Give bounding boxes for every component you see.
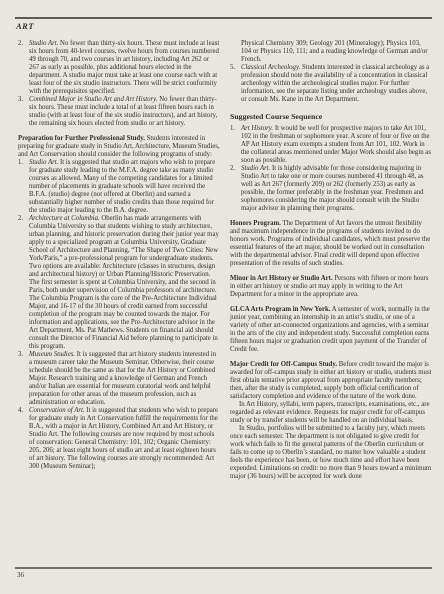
list-item-sequence-art-history: 1. Art History. It would be well for pro… [230, 125, 432, 165]
paragraph-honors-program: Honors Program. The Department of Art fa… [230, 220, 432, 268]
paragraph-continuation-chemistry: Physical Chemistry 309; Geology 201 (Min… [241, 40, 432, 64]
paragraph-glca: GLCA Arts Program in New York. A semeste… [230, 306, 432, 354]
list-item-number: 4. [18, 407, 29, 471]
paragraph-lead: Honors Program. [230, 220, 281, 227]
list-item-lead: Classical Archeology. [241, 64, 300, 71]
list-item-body: Conservation of Art. It is suggested tha… [29, 407, 220, 471]
list-item-body: Architecture at Columbia. Oberlin has ma… [29, 215, 220, 351]
list-item-body: Studio Art. No fewer than thirty-six hou… [29, 40, 220, 96]
list-item-number: 1. [230, 125, 241, 165]
list-item-program-museum-studies: 3. Museum Studies. It is suggested that … [18, 351, 220, 407]
list-item-number: 2. [18, 40, 29, 96]
paragraph-preparation: Preparation for Further Professional Stu… [18, 135, 220, 159]
list-item-lead: Studio Art. [241, 165, 270, 172]
page-number: 36 [17, 571, 24, 579]
list-item-body: Studio Art. It is suggested that studio … [29, 159, 220, 215]
list-item-lead: Studio Art. [29, 159, 58, 166]
paragraph-major-credit: Major Credit for Off-Campus Study. Befor… [230, 361, 432, 401]
list-item-number: 5. [230, 64, 241, 104]
two-column-layout: 2. Studio Art. No fewer than thirty-six … [18, 40, 432, 481]
list-item-program-conservation: 4. Conservation of Art. It is suggested … [18, 407, 220, 471]
list-item-studio-art-requirements: 2. Studio Art. No fewer than thirty-six … [18, 40, 220, 96]
footer-rule [15, 567, 432, 569]
list-item-classical-archeology: 5. Classical Archeology. Students intere… [230, 64, 432, 104]
paragraph-lead: Minor in Art History or Studio Art. [230, 275, 333, 282]
list-item-number: 3. [18, 96, 29, 128]
list-item-text: No fewer than thirty-six hours. These mu… [29, 40, 219, 95]
list-item-text: It is suggested that studio art majors w… [29, 159, 215, 214]
paragraph-minor: Minor in Art History or Studio Art. Pers… [230, 275, 432, 299]
header-rule [15, 17, 432, 19]
list-item-lead: Museum Studies. [29, 351, 75, 358]
list-item-text: It is highly advisable for those conside… [241, 165, 424, 212]
list-item-combined-major: 3. Combined Major in Studio Art and Art … [18, 96, 220, 128]
list-item-text: Oberlin has made arrangements with Colum… [29, 215, 219, 350]
paragraph-text: A semester of work, normally in the juni… [230, 306, 430, 353]
list-item-lead: Combined Major in Studio Art and Art His… [29, 96, 158, 103]
paragraph-in-studio: In Studio, portfolios will be submitted … [230, 425, 432, 481]
list-item-number: 3. [18, 351, 29, 407]
list-item-body: Combined Major in Studio Art and Art His… [29, 96, 220, 128]
list-item-number: 2. [18, 215, 29, 351]
list-item-text: It is suggested that art history student… [29, 351, 216, 406]
paragraph-text: The Department of Art favors the utmost … [230, 220, 430, 267]
list-item-sequence-studio-art: 2. Studio Art. It is highly advisable fo… [230, 165, 432, 213]
list-item-text: It is suggested that students who wish t… [29, 407, 218, 470]
paragraph-lead: Major Credit for Off-Campus Study. [230, 361, 337, 368]
catalog-page: ART 2. Studio Art. No fewer than thirty-… [0, 0, 444, 594]
list-item-lead: Studio Art. [29, 40, 58, 47]
column-left: 2. Studio Art. No fewer than thirty-six … [18, 40, 220, 481]
list-item-body: Museum Studies. It is suggested that art… [29, 351, 220, 407]
list-item-number: 2. [230, 165, 241, 213]
section-heading-suggested-course-sequence: Suggested Course Sequence [230, 112, 432, 121]
list-item-lead: Architecture at Columbia. [29, 215, 100, 222]
list-item-program-architecture: 2. Architecture at Columbia. Oberlin has… [18, 215, 220, 351]
list-item-program-studio-art: 1. Studio Art. It is suggested that stud… [18, 159, 220, 215]
paragraph-lead: Preparation for Further Professional Stu… [18, 135, 145, 142]
list-item-lead: Conservation of Art. [29, 407, 85, 414]
page-header-title: ART [16, 21, 34, 31]
list-item-body: Art History. It would be well for prospe… [241, 125, 432, 165]
paragraph-lead: GLCA Arts Program in New York. [230, 306, 330, 313]
list-item-number: 1. [18, 159, 29, 215]
column-right: Physical Chemistry 309; Geology 201 (Min… [230, 40, 432, 481]
list-item-body: Studio Art. It is highly advisable for t… [241, 165, 432, 213]
list-item-lead: Art History. [241, 125, 273, 132]
list-item-body: Classical Archeology. Students intereste… [241, 64, 432, 104]
paragraph-in-art-history: In Art History, syllabi, term papers, tr… [230, 401, 432, 425]
